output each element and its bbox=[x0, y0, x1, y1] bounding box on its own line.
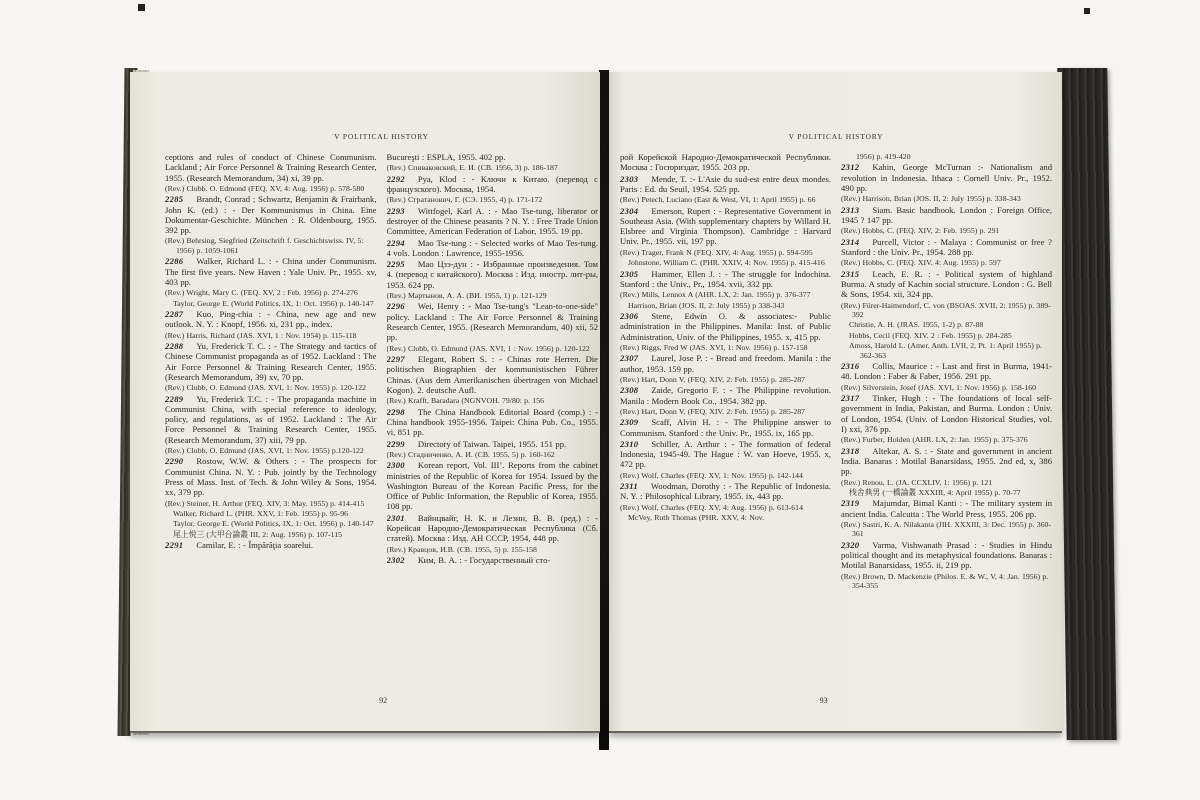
bib-entry-2313: 2313Siam. Basic handbook. London : Forei… bbox=[841, 205, 1052, 226]
bib-entry-2309: 2309Scaff, Alvin H. : - The Philippine a… bbox=[620, 417, 831, 438]
bib-entry-2316: 2316Collis, Maurice : - Last and first i… bbox=[841, 361, 1052, 382]
entry-number: 2288 bbox=[165, 341, 183, 351]
bib-entry-2311: 2311Woodman, Dorothy : - The Republic of… bbox=[620, 481, 831, 502]
entry-number: 2295 bbox=[387, 259, 405, 269]
right-page: V POLITICAL HISTORY рой Корейской Народн… bbox=[609, 72, 1062, 733]
entry-number: 2318 bbox=[841, 446, 859, 456]
bib-entry-2306: 2306Stene, Edwin O. & associates:- Publi… bbox=[620, 311, 831, 342]
review-citation: (Rev.) Wright, Mary C. (FEQ. XV, 2 : Feb… bbox=[165, 288, 377, 297]
entry-continuation: рой Корейской Народно-Демократической Ре… bbox=[620, 152, 831, 173]
review-citation: (Rev.) Renou, L. (JA. CCXLIV, 1: 1956) p… bbox=[841, 478, 1052, 487]
entry-number: 2286 bbox=[165, 256, 183, 266]
entry-number: 2291 bbox=[165, 540, 183, 550]
bib-entry-2304: 2304Emerson, Rupert : - Representative G… bbox=[620, 206, 831, 247]
review-citation: (Rev.) Hobbs, C. (FEQ. XIV. 4: Aug. 1955… bbox=[841, 258, 1052, 267]
entry-number: 2316 bbox=[841, 361, 859, 371]
running-head-right: V POLITICAL HISTORY bbox=[620, 132, 1052, 141]
entry-number: 2320 bbox=[841, 540, 859, 550]
review-citation: (Rev.) Clubb. O. Edmond (FEQ. XV, 4: Aug… bbox=[165, 184, 377, 193]
entry-number: 2317 bbox=[841, 393, 859, 403]
entry-number: 2302 bbox=[387, 555, 405, 565]
bib-entry-2298: 2298The China Handbook Editorial Board (… bbox=[387, 407, 599, 438]
bib-entry-2287: 2287Kuo, Ping-chia : - China, new age an… bbox=[165, 309, 377, 330]
review-citation: (Rev.) Steiner, H. Arthur (FEQ. XIV, 3: … bbox=[165, 499, 377, 508]
review-citation: (Rev.) Riggs, Fred W (JAS. XVI, 1: Nov. … bbox=[620, 343, 831, 352]
bib-entry-2288: 2288Yu, Frederick T. C. : - The Strategy… bbox=[165, 341, 377, 382]
review-citation: (Rev.) Behrsing, Siegfried (Zeitschrift … bbox=[165, 236, 377, 255]
entry-number: 2289 bbox=[165, 394, 183, 404]
review-citation: (Rev.) Petech, Luciano (East & West, VI,… bbox=[620, 195, 831, 204]
review-citation: McVey, Ruth Thomas (PHR. XXV, 4: Nov. bbox=[620, 513, 831, 522]
review-citation: Taylor, George E. (World Politics, IX, 1… bbox=[165, 519, 377, 528]
bib-entry-2307: 2307Laurel, Jose P. : - Bread and freedo… bbox=[620, 353, 831, 374]
bib-entry-2319: 2319Majumdar, Bimal Kanti : - The milita… bbox=[841, 498, 1052, 519]
entry-continuation: ceptions and rules of conduct of Chinese… bbox=[165, 152, 377, 183]
bib-entry-2285: 2285Brandt, Conrad ; Schwartz, Benjamin … bbox=[165, 194, 377, 235]
book-spine-gutter bbox=[599, 70, 609, 750]
entry-number: 2300 bbox=[387, 460, 405, 470]
review-citation: (Rev.) Mills, Lennox A (AHR. LX, 2: Jan.… bbox=[620, 290, 831, 299]
review-citation: 栈舎典男 (一橋論叢 XXXIII, 4: April 1955) p. 70-… bbox=[841, 488, 1052, 497]
entry-number: 2311 bbox=[620, 481, 638, 491]
review-citation: (Rev.) Hart, Donn V. (FEQ. XIV. 2: Feb. … bbox=[620, 407, 831, 416]
bib-entry-2295: 2295Мао Цзэ-дун : - Избранные произведен… bbox=[387, 259, 599, 290]
bib-entry-2297: 2297Elegant, Robert S. : - Chinas rote H… bbox=[387, 354, 599, 395]
bib-entry-2289: 2289Yu, Frederick T.C. : - The propagand… bbox=[165, 394, 377, 445]
entry-number: 2319 bbox=[841, 498, 859, 508]
scan-artifact-speck bbox=[138, 4, 145, 11]
review-citation: 尾上悦三 (大甲台論叢 III, 2: Aug. 1956) p. 107-11… bbox=[165, 530, 377, 539]
entry-number: 2303 bbox=[620, 174, 638, 184]
review-citation: Christie, A. H. (JRAS. 1955, 1-2) p. 87-… bbox=[841, 320, 1052, 329]
bib-entry-2300: 2300Korean report, Vol. IIIʼ. Reports fr… bbox=[387, 460, 599, 511]
left-page-text-block: ceptions and rules of conduct of Chinese… bbox=[165, 152, 598, 719]
review-citation: Hobbs, Cecil (FEQ. XIV. 2 : Feb. 1955) p… bbox=[841, 331, 1052, 340]
entry-number: 2296 bbox=[387, 301, 405, 311]
entry-number: 2306 bbox=[620, 311, 638, 321]
bib-entry-2302: 2302Ким, В. А. : - Государственный сто- bbox=[387, 555, 599, 565]
page-number-right: 93 bbox=[820, 696, 828, 705]
entry-number: 2310 bbox=[620, 439, 638, 449]
entry-number: 2301 bbox=[387, 513, 405, 523]
review-citation: (Rev.) Wolf, Charles (FEQ. XV, 4: Aug. 1… bbox=[620, 503, 831, 512]
right-page-text-block: рой Корейской Народно-Демократической Ре… bbox=[620, 152, 1052, 719]
entry-number: 2309 bbox=[620, 417, 638, 427]
bib-entry-2305: 2305Hammer, Ellen J. : - The struggle fo… bbox=[620, 269, 831, 290]
bib-entry-2320: 2320Varma, Vishwanath Prasad : - Studies… bbox=[841, 540, 1052, 571]
entry-number: 2305 bbox=[620, 269, 638, 279]
entry-number: 2285 bbox=[165, 194, 183, 204]
left-page-column-1: ceptions and rules of conduct of Chinese… bbox=[165, 152, 377, 719]
entry-number: 2313 bbox=[841, 205, 859, 215]
entry-number: 2298 bbox=[387, 407, 405, 417]
bib-entry-2301: 2301Вайнцвайг, Н. К. и Лезин, В. В. (ред… bbox=[387, 513, 599, 544]
bib-entry-2292: 2292Руа, Klod : - Ключи к Китаю. (перево… bbox=[387, 174, 599, 195]
review-citation: Taylor, George E. (World Politics, IX, 1… bbox=[165, 299, 377, 308]
review-citation: (Rev.) Harrison, Brian (JOS. II, 2: July… bbox=[841, 194, 1052, 203]
review-citation: (Rev.) Clubb, O. Edmund (JAS, XVI, 1: No… bbox=[165, 446, 377, 455]
review-citation: (Rev.) Harris, Richard (JAS. XVI, 1 : No… bbox=[165, 331, 377, 340]
bib-entry-2296: 2296Wei, Henry : - Mao Tse-tung's "Lean-… bbox=[387, 301, 599, 342]
bib-entry-2308: 2308Zaide, Gregorio F. : - The Philippin… bbox=[620, 385, 831, 406]
entry-number: 2294 bbox=[387, 238, 405, 248]
review-continuation: 1956) p. 419-420 bbox=[841, 152, 1052, 161]
entry-number: 2308 bbox=[620, 385, 638, 395]
bib-entry-2317: 2317Tinker, Hugh : - The foundations of … bbox=[841, 393, 1052, 434]
scan-artifact-speck bbox=[1084, 8, 1090, 14]
left-page-column-2: Bucureşti : ESPLA, 1955. 402 pp.(Rev.) С… bbox=[387, 152, 599, 719]
entry-number: 2290 bbox=[165, 456, 183, 466]
review-citation: Johnstone, William C. (PHR. XXIV, 4: Nov… bbox=[620, 258, 831, 267]
entry-number: 2315 bbox=[841, 269, 859, 279]
review-citation: (Rev.) Hart, Donn V. (FEQ. XIV, 2: Feb. … bbox=[620, 375, 831, 384]
running-head-left: V POLITICAL HISTORY bbox=[165, 132, 598, 141]
bib-entry-2294: 2294Mao Tse-tung : - Selected works of M… bbox=[387, 238, 599, 259]
review-citation: Amoss, Harold L. (Amer. Anth. LVII, 2, P… bbox=[841, 341, 1052, 360]
review-citation: (Rev.) Brown, D. Mackenzie (Philos. E. &… bbox=[841, 572, 1052, 591]
review-citation: (Rev.) Спиваковский, Е. И. (СВ. 1956, 3)… bbox=[387, 163, 599, 172]
entry-number: 2297 bbox=[387, 354, 405, 364]
review-citation: (Rev.) Fürer-Haimendorf, C. von (BSOAS. … bbox=[841, 301, 1052, 320]
review-citation: (Rev.) Hobbs, C. (FEQ. XIV, 2: Feb. 1955… bbox=[841, 226, 1052, 235]
review-citation: Walker, Richard L. (PHR. XXV, 1: Feb. 19… bbox=[165, 509, 377, 518]
page-number-left: 92 bbox=[379, 696, 387, 705]
entry-number: 2287 bbox=[165, 309, 183, 319]
entry-number: 2293 bbox=[387, 206, 405, 216]
right-page-stack-edge bbox=[1057, 68, 1116, 740]
entry-number: 2304 bbox=[620, 206, 638, 216]
bib-entry-2310: 2310Schiller, A. Arthur : - The formatio… bbox=[620, 439, 831, 470]
review-citation: (Rev.) Стратанович, Г. (СЭ. 1955, 4) p. … bbox=[387, 195, 599, 204]
review-citation: (Rev.) Trager, Frank N (FEQ. XIV, 4: Aug… bbox=[620, 248, 831, 257]
entry-number: 2312 bbox=[841, 162, 859, 172]
bib-entry-2293: 2293Wittfogel, Karl A. : - Mao Tse-tung,… bbox=[387, 206, 599, 237]
review-citation: (Rev.) Кравцов, И.В. (СВ. 1955, 5) p. 15… bbox=[387, 545, 599, 554]
review-citation: (Rev.) Clubb, O. Edmund (JAS. XVI, 1: No… bbox=[165, 383, 377, 392]
review-citation: (Rev.) Krafft, Baradara (NGNVOH. 79/80: … bbox=[387, 396, 599, 405]
bib-entry-2318: 2318Altekar, A. S. : - State and governm… bbox=[841, 446, 1052, 477]
scanned-book-photo: { "colors":{"paper":"#eceae3","ink":"#2a… bbox=[0, 0, 1200, 800]
right-page-column-1: рой Корейской Народно-Демократической Ре… bbox=[620, 152, 831, 719]
review-citation: (Rev.) Silverstein, Josef (JAS. XVI, 1: … bbox=[841, 383, 1052, 392]
review-citation: (Rev.) Wolf, Charles (FEQ. XV, 1: Nov. 1… bbox=[620, 471, 831, 480]
review-citation: (Rev.) Furber, Holden (AHR. LX, 2: Jan. … bbox=[841, 435, 1052, 444]
bib-entry-2286: 2286Walker, Richard L. : - China under C… bbox=[165, 256, 377, 287]
entry-number: 2314 bbox=[841, 237, 859, 247]
bib-entry-2290: 2290Rostow, W.W. & Others : - The prospe… bbox=[165, 456, 377, 497]
bib-entry-2299: 2299Directory of Taiwan. Taipei, 1955. 1… bbox=[387, 439, 599, 449]
review-citation: (Rev.) Sastri, K. A. Nilakanta (JIH. XXX… bbox=[841, 520, 1052, 539]
review-citation: (Rev.) Мартынов, А. А. (ВИ. 1955, 1) p. … bbox=[387, 291, 599, 300]
bib-entry-2314: 2314Purcell, Victor : - Malaya : Communi… bbox=[841, 237, 1052, 258]
left-page: V POLITICAL HISTORY ceptions and rules o… bbox=[130, 72, 600, 733]
bib-entry-2291: 2291Camilar, E. : - Împărăţia soarelui. bbox=[165, 540, 377, 550]
entry-number: 2299 bbox=[387, 439, 405, 449]
bib-entry-2312: 2312Kahin, George McTurnan :- Nationalis… bbox=[841, 162, 1052, 193]
bib-entry-2303: 2303Mende, T. :- L'Asie du sud-est entre… bbox=[620, 174, 831, 195]
review-citation: (Rev.) Стадниченко, А. И. (СВ. 1955, 5) … bbox=[387, 450, 599, 459]
right-page-column-2: 1956) p. 419-4202312Kahin, George McTurn… bbox=[841, 152, 1052, 719]
bib-entry-2315: 2315Leach, E. R. : - Political system of… bbox=[841, 269, 1052, 300]
review-citation: (Rev.) Clubb, O. Edmund (JAS. XVI, 1 : N… bbox=[387, 344, 599, 353]
entry-number: 2292 bbox=[387, 174, 405, 184]
entry-number: 2307 bbox=[620, 353, 638, 363]
entry-continuation: Bucureşti : ESPLA, 1955. 402 pp. bbox=[387, 152, 599, 162]
review-citation: Harrison, Brian (JOS. II, 2: July 1955) … bbox=[620, 301, 831, 310]
